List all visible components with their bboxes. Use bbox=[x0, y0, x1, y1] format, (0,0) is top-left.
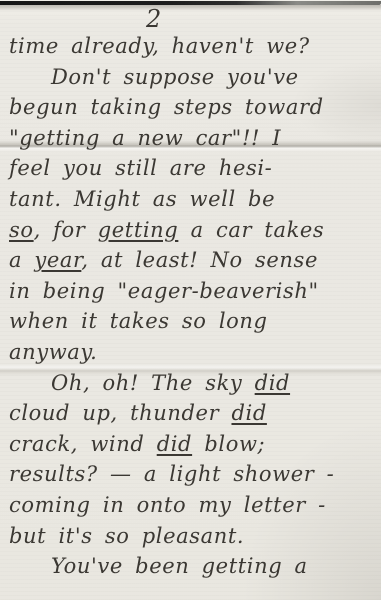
letter-line: begun taking steps toward bbox=[9, 92, 377, 123]
line-text: , at least! No sense bbox=[81, 248, 318, 272]
line-text: coming in onto my letter - bbox=[9, 493, 326, 517]
line-text: anyway. bbox=[9, 340, 97, 364]
letter-line: when it takes so long bbox=[9, 306, 377, 337]
letter-lines: time already, haven't we?Don't suppose y… bbox=[9, 31, 377, 582]
line-text: but it's so pleasant. bbox=[9, 524, 244, 548]
line-text: when it takes so long bbox=[9, 309, 268, 333]
letter-line: a year, at least! No sense bbox=[9, 245, 377, 276]
underlined-word: did bbox=[231, 401, 266, 425]
letter-line: time already, haven't we? bbox=[9, 31, 377, 62]
line-text: a bbox=[9, 248, 34, 272]
letter-line: results? — a light shower - bbox=[9, 459, 377, 490]
line-text: a car takes bbox=[178, 218, 324, 242]
letter-line: tant. Might as well be bbox=[9, 184, 377, 215]
scanned-letter-page: { "document": { "page_number": "2", "lin… bbox=[0, 0, 381, 600]
underlined-word: getting bbox=[98, 218, 179, 242]
letter-line: so, for getting a car takes bbox=[9, 215, 377, 246]
line-text: Oh, oh! The sky bbox=[51, 371, 255, 395]
underlined-word: did bbox=[157, 432, 192, 456]
underlined-word: did bbox=[255, 371, 290, 395]
underlined-word: so bbox=[9, 218, 34, 242]
page-number: 2 bbox=[146, 5, 161, 33]
letter-line: coming in onto my letter - bbox=[9, 490, 377, 521]
letter-line: You've been getting a bbox=[9, 551, 377, 582]
letter-line: in being "eager-beaverish" bbox=[9, 276, 377, 307]
letter-line: crack, wind did blow; bbox=[9, 429, 377, 460]
line-text: cloud up, thunder bbox=[9, 401, 231, 425]
line-text: Don't suppose you've bbox=[51, 65, 299, 89]
line-text: "getting a new car"!! I bbox=[9, 126, 281, 150]
scan-edge-shadow bbox=[0, 5, 381, 11]
letter-line: "getting a new car"!! I bbox=[9, 123, 377, 154]
line-text: time already, haven't we? bbox=[9, 34, 310, 58]
letter-line: feel you still are hesi- bbox=[9, 153, 377, 184]
line-text: tant. Might as well be bbox=[9, 187, 275, 211]
line-text: You've been getting a bbox=[51, 554, 308, 578]
underlined-word: year bbox=[34, 248, 81, 272]
line-text: in being "eager-beaverish" bbox=[9, 279, 319, 303]
line-text: results? — a light shower - bbox=[9, 462, 334, 486]
line-text: blow; bbox=[192, 432, 265, 456]
letter-line: Oh, oh! The sky did bbox=[9, 368, 377, 399]
line-text: begun taking steps toward bbox=[9, 95, 324, 119]
letter-line: Don't suppose you've bbox=[9, 62, 377, 93]
line-text: feel you still are hesi- bbox=[9, 156, 272, 180]
line-text: , for bbox=[34, 218, 98, 242]
letter-line: cloud up, thunder did bbox=[9, 398, 377, 429]
letter-line: anyway. bbox=[9, 337, 377, 368]
letter-line: but it's so pleasant. bbox=[9, 521, 377, 552]
line-text: crack, wind bbox=[9, 432, 157, 456]
